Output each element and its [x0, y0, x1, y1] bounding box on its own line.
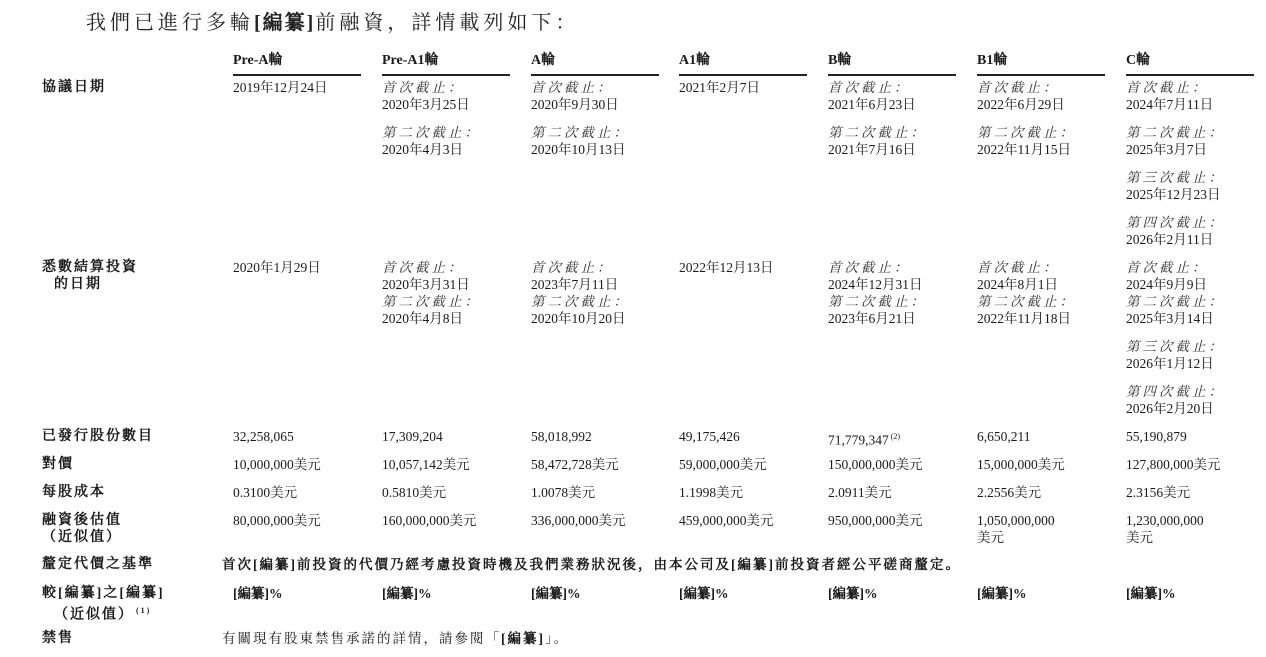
table-cell: 第三次截止： 2025年12月23日: [1126, 169, 1225, 203]
date-value: 2025年3月14日: [1126, 310, 1225, 327]
table-cell: 49,175,426: [679, 428, 740, 445]
table-cell: 150,000,000美元: [828, 456, 923, 473]
date-value: 2022年12月13日: [679, 259, 774, 276]
table-cell: 55,190,879: [1126, 428, 1187, 445]
date-value: 2020年4月3日: [382, 141, 481, 158]
table-cell: 第二次截止： 2022年11月15日: [977, 124, 1076, 158]
table-cell: [編纂]%: [679, 585, 729, 602]
date-value: 2020年4月8日: [382, 310, 481, 327]
cell-value: 1,230,000,000: [1126, 512, 1204, 529]
lockup-text-suffix: 」。: [545, 631, 569, 646]
column-header-a1: A1輪: [679, 49, 710, 69]
row-label: 每股成本: [42, 484, 106, 501]
table-cell: 第四次截止： 2026年2月20日: [1126, 383, 1225, 417]
closing-tag: 首次截止：: [382, 259, 481, 276]
row-label: 較[編纂]之[編纂] （近似值）(1): [42, 585, 165, 624]
closing-tag: 第二次截止：: [531, 293, 630, 310]
date-value: 2023年6月21日: [828, 310, 927, 327]
table-cell: 第二次截止： 2021年7月16日: [828, 124, 927, 158]
closing-tag: 首次截止：: [1126, 79, 1213, 96]
table-cell: 第四次截止： 2026年2月11日: [1126, 214, 1225, 248]
row-label: 對價: [42, 456, 74, 473]
cell-value: 美元: [977, 529, 1055, 546]
table-cell: 459,000,000美元: [679, 512, 774, 529]
table-cell: 2.3156美元: [1126, 484, 1190, 501]
date-value: 2024年12月31日: [828, 276, 927, 293]
table-cell: 首次截止： 2020年3月31日 第二次截止： 2020年4月8日: [382, 259, 481, 327]
header-rule: [531, 74, 659, 76]
closing-tag: 首次截止：: [828, 259, 927, 276]
table-cell: 32,258,065: [233, 428, 294, 445]
row-label-line: 的日期: [42, 276, 138, 293]
table-cell: 58,018,992: [531, 428, 592, 445]
row-label-line: 融資後估值: [42, 512, 122, 529]
table-cell: 0.5810美元: [382, 484, 446, 501]
lockup-text: 有關現有股東禁售承諾的詳情，請參閱「[編纂]」。: [222, 630, 569, 647]
table-cell: 127,800,000美元: [1126, 456, 1221, 473]
table-cell: 首次截止： 2022年6月29日: [977, 79, 1065, 113]
table-cell: 第二次截止： 2025年3月7日: [1126, 124, 1225, 158]
table-cell: 第三次截止： 2026年1月12日: [1126, 338, 1225, 372]
table-cell: 71,779,347(2): [828, 428, 900, 449]
date-value: 2020年9月30日: [531, 96, 619, 113]
closing-tag: 首次截止：: [531, 79, 619, 96]
table-cell: 10,000,000美元: [233, 456, 321, 473]
closing-tag: 第二次截止：: [382, 124, 481, 141]
table-cell: [編纂]%: [828, 585, 878, 602]
date-value: 2022年11月18日: [977, 310, 1076, 327]
footnote-marker: (2): [891, 432, 900, 441]
date-value: 2020年1月29日: [233, 259, 321, 276]
cell-value: 美元: [1126, 529, 1204, 546]
table-cell: 2.2556美元: [977, 484, 1041, 501]
date-value: 2024年7月11日: [1126, 96, 1213, 113]
table-cell: 1.0078美元: [531, 484, 595, 501]
row-label-line: （近似值）: [42, 529, 122, 546]
table-cell: 1.1998美元: [679, 484, 743, 501]
column-header-pre-a: Pre-A輪: [233, 49, 283, 69]
table-cell: 336,000,000美元: [531, 512, 626, 529]
closing-tag: 第二次截止：: [828, 293, 927, 310]
table-cell: 首次截止： 2024年12月31日 第二次截止： 2023年6月21日: [828, 259, 927, 327]
closing-tag: 第四次截止：: [1126, 214, 1225, 231]
date-value: 2026年2月11日: [1126, 231, 1225, 248]
basis-text: 首次[編纂]前投資的代價乃經考慮投資時機及我們業務狀況後，由本公司及[編纂]前投…: [222, 556, 961, 573]
lockup-text-prefix: 有關現有股東禁售承諾的詳情，請參閱「: [222, 631, 501, 646]
table-cell: 首次截止： 2024年9月9日 第二次截止： 2025年3月14日: [1126, 259, 1225, 327]
table-cell: 首次截止： 2024年8月1日 第二次截止： 2022年11月18日: [977, 259, 1076, 327]
table-cell: 2022年12月13日: [679, 259, 774, 276]
date-value: 2020年10月13日: [531, 141, 630, 158]
intro-prefix: 我們已進行多輪: [86, 12, 254, 34]
closing-tag: 首次截止：: [531, 259, 630, 276]
closing-tag: 首次截止：: [828, 79, 916, 96]
date-value: 2026年2月20日: [1126, 400, 1225, 417]
date-value: 2024年9月9日: [1126, 276, 1225, 293]
column-header-pre-a1: Pre-A1輪: [382, 49, 439, 69]
column-header-c: C輪: [1126, 49, 1150, 69]
closing-tag: 第二次截止：: [977, 293, 1076, 310]
table-cell: 160,000,000美元: [382, 512, 477, 529]
table-cell: 59,000,000美元: [679, 456, 767, 473]
column-header-b: B輪: [828, 49, 851, 69]
table-cell: 1,230,000,000 美元: [1126, 512, 1204, 546]
table-cell: 2.0911美元: [828, 484, 892, 501]
table-cell: 6,650,211: [977, 428, 1031, 445]
table-cell: [編纂]%: [977, 585, 1027, 602]
closing-tag: 首次截止：: [382, 79, 470, 96]
header-rule: [1126, 74, 1254, 76]
date-value: 2026年1月12日: [1126, 355, 1225, 372]
table-cell: [編纂]%: [233, 585, 283, 602]
header-rule: [233, 74, 361, 76]
row-label: 協議日期: [42, 79, 106, 96]
cell-value: 1,050,000,000: [977, 512, 1055, 529]
header-rule: [977, 74, 1105, 76]
closing-tag: 第四次截止：: [1126, 383, 1225, 400]
date-value: 2021年6月23日: [828, 96, 916, 113]
table-cell: 15,000,000美元: [977, 456, 1065, 473]
row-label: 釐定代價之基準: [42, 556, 154, 573]
column-header-a: A輪: [531, 49, 555, 69]
date-value: 2020年10月20日: [531, 310, 630, 327]
row-label: 已發行股份數目: [42, 428, 154, 445]
closing-tag: 第二次截止：: [977, 124, 1076, 141]
closing-tag: 首次截止：: [977, 79, 1065, 96]
row-label: 融資後估值 （近似值）: [42, 512, 122, 546]
table-cell: 1,050,000,000 美元: [977, 512, 1055, 546]
closing-tag: 第二次截止：: [531, 124, 630, 141]
table-cell: [編纂]%: [1126, 585, 1176, 602]
intro-sentence: 我們已進行多輪[編纂]前融資，詳情載列如下：: [86, 6, 579, 35]
table-cell: 首次截止： 2020年9月30日: [531, 79, 619, 113]
table-cell: 10,057,142美元: [382, 456, 470, 473]
header-rule: [679, 74, 807, 76]
table-cell: 首次截止： 2024年7月11日: [1126, 79, 1213, 113]
table-cell: 0.3100美元: [233, 484, 297, 501]
closing-tag: 第二次截止：: [382, 293, 481, 310]
table-cell: [編纂]%: [531, 585, 581, 602]
table-cell: [編纂]%: [382, 585, 432, 602]
closing-tag: 第三次截止：: [1126, 169, 1225, 186]
date-value: 2022年11月15日: [977, 141, 1076, 158]
table-cell: 首次截止： 2020年3月25日: [382, 79, 470, 113]
intro-redacted: [編纂]: [254, 12, 315, 34]
closing-tag: 第二次截止：: [828, 124, 927, 141]
header-rule: [828, 74, 956, 76]
table-cell: 2019年12月24日: [233, 79, 328, 96]
closing-tag: 首次截止：: [977, 259, 1076, 276]
date-value: 2025年12月23日: [1126, 186, 1225, 203]
table-cell: 第二次截止： 2020年10月13日: [531, 124, 630, 158]
row-label: 悉數結算投資 的日期: [42, 259, 138, 293]
header-rule: [382, 74, 510, 76]
date-value: 2021年7月16日: [828, 141, 927, 158]
table-cell: 17,309,204: [382, 428, 443, 445]
table-cell: 第二次截止： 2020年4月3日: [382, 124, 481, 158]
footnote-marker: (1): [136, 606, 151, 615]
row-label-line: （近似值）: [54, 608, 134, 623]
table-cell: 80,000,000美元: [233, 512, 321, 529]
date-value: 2020年3月25日: [382, 96, 470, 113]
date-value: 2020年3月31日: [382, 276, 481, 293]
row-label: 禁售: [42, 630, 74, 647]
table-cell: 58,472,728美元: [531, 456, 619, 473]
date-value: 2021年2月7日: [679, 79, 760, 96]
lockup-cross-reference: [編纂]: [501, 631, 545, 646]
cell-value: 71,779,347: [828, 433, 889, 448]
closing-tag: 第二次截止：: [1126, 124, 1225, 141]
table-cell: 950,000,000美元: [828, 512, 923, 529]
table-cell: 2021年2月7日: [679, 79, 760, 96]
row-label-line: 悉數結算投資: [42, 259, 138, 276]
closing-tag: 第二次截止：: [1126, 293, 1225, 310]
date-value: 2025年3月7日: [1126, 141, 1225, 158]
date-value: 2019年12月24日: [233, 79, 328, 96]
column-header-b1: B1輪: [977, 49, 1007, 69]
closing-tag: 第三次截止：: [1126, 338, 1225, 355]
date-value: 2022年6月29日: [977, 96, 1065, 113]
row-label-line: 較[編纂]之[編纂]: [42, 585, 165, 602]
table-cell: 首次截止： 2021年6月23日: [828, 79, 916, 113]
table-cell: 2020年1月29日: [233, 259, 321, 276]
date-value: 2024年8月1日: [977, 276, 1076, 293]
date-value: 2023年7月11日: [531, 276, 630, 293]
table-cell: 首次截止： 2023年7月11日 第二次截止： 2020年10月20日: [531, 259, 630, 327]
intro-suffix: 前融資，詳情載列如下：: [315, 12, 579, 34]
closing-tag: 首次截止：: [1126, 259, 1225, 276]
